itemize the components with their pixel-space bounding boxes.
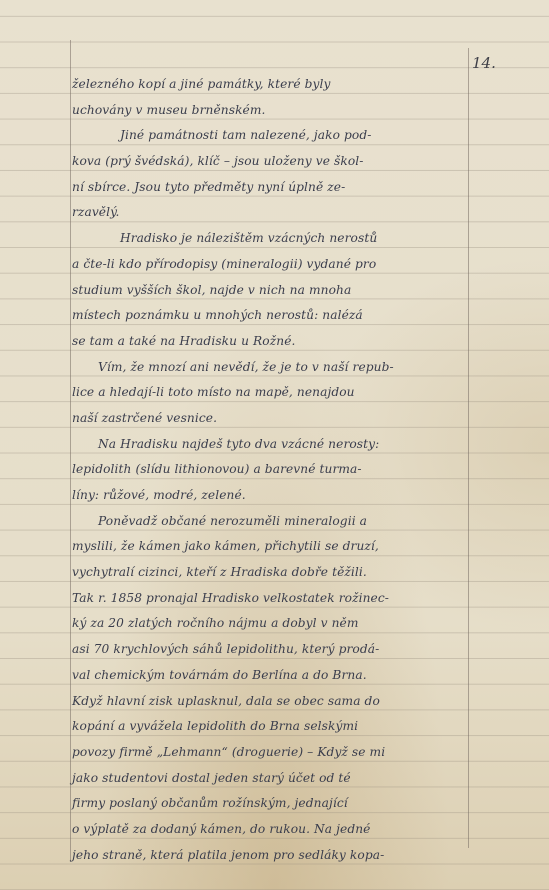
text-line: asi 70 krychlových sáhů lepidolithu, kte… <box>72 637 468 663</box>
page-number: 14. <box>472 54 496 72</box>
text-line: lepidolith (slídu lithionovou) a barevné… <box>72 457 468 483</box>
text-line: studium vyšších škol, najde v nich na mn… <box>72 278 468 304</box>
text-line: o výplatě za dodaný kámen, do rukou. Na … <box>72 817 468 843</box>
text-line: kopání a vyvážela lepidolith do Brna sel… <box>72 714 468 740</box>
text-line: ký za 20 zlatých ročního nájmu a dobyl v… <box>72 611 468 637</box>
manuscript-page: 14. železného kopí a jiné památky, které… <box>0 0 549 890</box>
text-line: lice a hledají-li toto místo na mapě, ne… <box>72 380 468 406</box>
text-line: jeho straně, která platila jenom pro sed… <box>72 843 468 869</box>
text-line: a čte-li kdo přírodopisy (mineralogii) v… <box>72 252 468 278</box>
text-line: se tam a také na Hradisku u Rožné. <box>72 329 468 355</box>
text-line: val chemickým továrnám do Berlína a do B… <box>72 663 468 689</box>
right-margin-line <box>468 48 469 848</box>
text-line: železného kopí a jiné památky, které byl… <box>72 72 468 98</box>
text-line: uchovány v museu brněnském. <box>72 98 468 124</box>
text-line: Tak r. 1858 pronajal Hradisko velkostate… <box>72 586 468 612</box>
text-line: naší zastrčené vesnice. <box>72 406 468 432</box>
text-line: firmy poslaný občanům rožínským, jednají… <box>72 791 468 817</box>
left-margin-line <box>70 40 71 862</box>
handwritten-text-body: železného kopí a jiné památky, které byl… <box>72 72 468 868</box>
text-line: rzavělý. <box>72 200 468 226</box>
text-line: ní sbírce. Jsou tyto předměty nyní úplně… <box>72 175 468 201</box>
text-line: místech poznámku u mnohých nerostů: nalé… <box>72 303 468 329</box>
text-line: myslili, že kámen jako kámen, přichytili… <box>72 534 468 560</box>
text-line: Na Hradisku najdeš tyto dva vzácné neros… <box>72 432 468 458</box>
text-line: povozy firmě „Lehmann“ (droguerie) – Kdy… <box>72 740 468 766</box>
text-line: Poněvadž občané nerozuměli mineralogii a <box>72 509 468 535</box>
text-line: Jiné památnosti tam nalezené, jako pod- <box>72 123 468 149</box>
text-line: kova (prý švédská), klíč – jsou uloženy … <box>72 149 468 175</box>
text-line: vychytralí cizinci, kteří z Hradiska dob… <box>72 560 468 586</box>
text-line: Vím, že mnozí ani nevědí, že je to v naš… <box>72 355 468 381</box>
text-line: líny: růžové, modré, zelené. <box>72 483 468 509</box>
text-line: Hradisko je nálezištěm vzácných nerostů <box>72 226 468 252</box>
text-line: Když hlavní zisk uplasknul, dala se obec… <box>72 689 468 715</box>
text-line: jako studentovi dostal jeden starý účet … <box>72 766 468 792</box>
